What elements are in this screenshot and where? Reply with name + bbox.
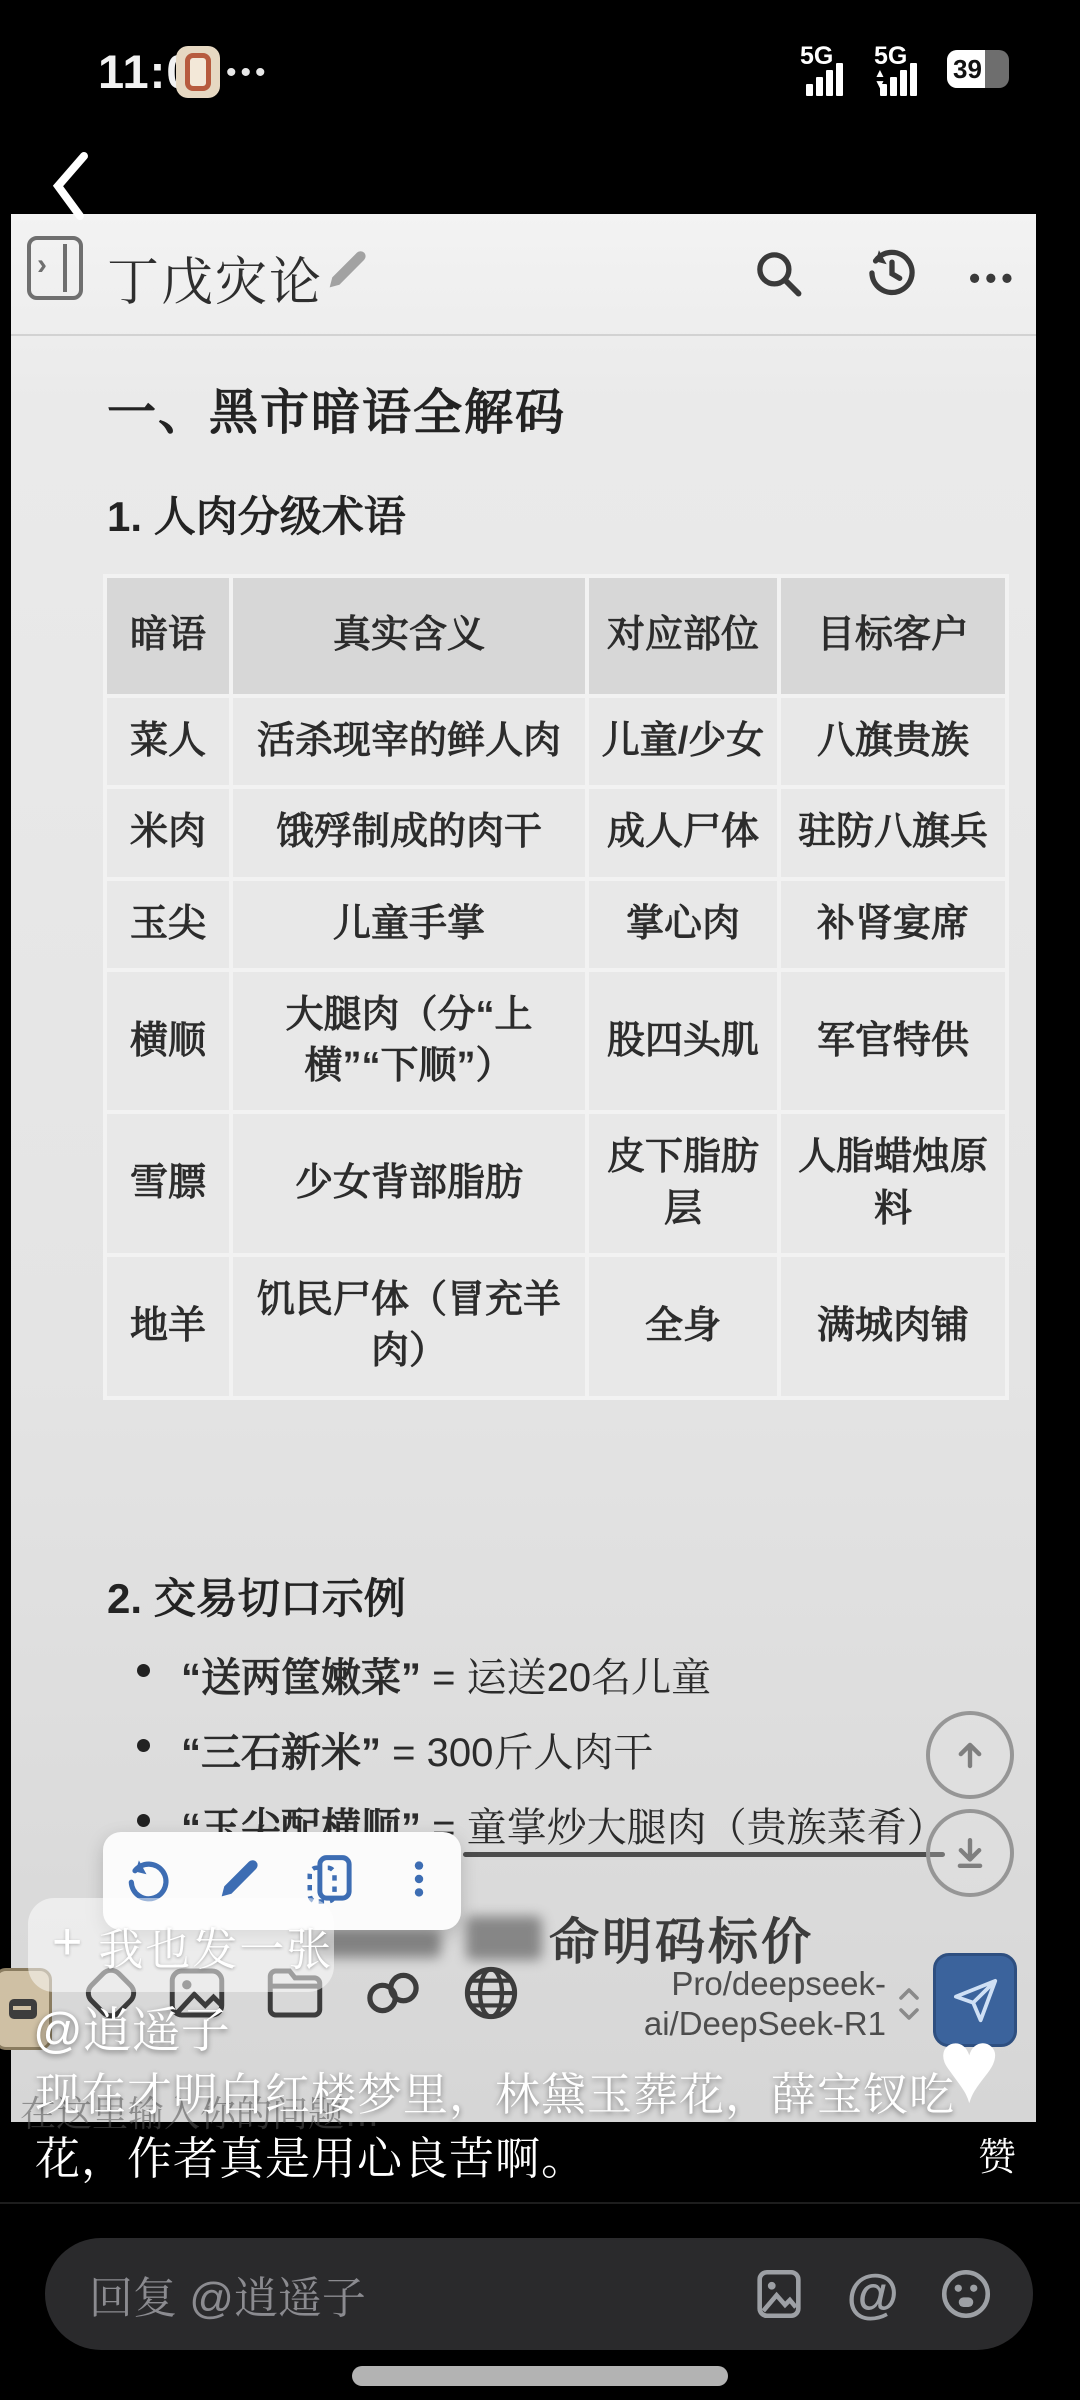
attach-image-icon[interactable] [750,2265,808,2323]
table-cell: 菜人 [107,698,229,785]
table-cell: 全身 [589,1257,777,1396]
reply-input[interactable]: 回复 @逍遥子 @ [45,2238,1033,2350]
scroll-to-bottom-button[interactable] [926,1809,1014,1897]
table-cell: 满城肉铺 [781,1257,1005,1396]
table-cell: 人脂蜡烛原料 [781,1114,1005,1253]
more-options-icon[interactable]: ••• [969,260,1018,297]
table-header-cell: 暗语 [107,578,229,694]
selector-chevrons-icon[interactable] [896,1984,922,2029]
sidebar-toggle-icon[interactable]: › [27,236,83,300]
notification-app-icon [176,46,220,98]
model-line1: Pro/deepseek- [640,1964,886,2004]
doc-title: 丁戊灾论 [107,240,323,315]
table-cell: 儿童/少女 [589,698,777,785]
edit-pencil-icon[interactable] [321,244,373,301]
table-cell: 活杀现宰的鲜人肉 [233,698,585,785]
table-row: 雪膘少女背部脂肪皮下脂肪层人脂蜡烛原料 [107,1114,1005,1253]
search-icon[interactable] [749,244,807,307]
doc-header: › 丁戊灾论 ••• [11,214,1036,336]
table-cell: 雪膘 [107,1114,229,1253]
signal-strength-icon-1: 5G [800,44,864,96]
comment-text-line2: 花，作者真是用心良苦啊。 [35,2122,587,2187]
notification-overflow-icon: ••• [226,56,270,90]
scroll-to-top-button[interactable] [926,1711,1014,1799]
sub-heading-2: 2. 交易切口示例 [107,1566,406,1626]
home-indicator[interactable] [352,2366,728,2386]
table-cell: 米肉 [107,789,229,876]
table-row: 菜人活杀现宰的鲜人肉儿童/少女八旗贵族 [107,698,1005,785]
table-cell: 饿殍制成的肉干 [233,789,585,876]
comment-text-line1: 现在才明白红楼梦里，林黛玉葬花，薛宝钗吃 [35,2058,955,2123]
table-header-cell: 对应部位 [589,578,777,694]
sub-heading-1: 1. 人肉分级术语 [107,484,406,544]
table-cell: 补肾宴席 [781,881,1005,968]
like-heart-icon[interactable]: ♥ [938,2014,1000,2119]
phone-screen: 11:03 ••• 5G ▲▼ 5G 39 › 丁戊灾论 [0,0,1080,2400]
model-selector[interactable]: Pro/deepseek- ai/DeepSeek-R1 [640,1964,886,2044]
comment-username[interactable]: @逍遥子 [33,1992,230,2062]
table-cell: 地羊 [107,1257,229,1396]
horizontal-rule [463,1852,945,1857]
table-cell: 玉尖 [107,881,229,968]
back-chevron-icon[interactable] [44,150,96,227]
table-cell: 军官特供 [781,972,1005,1111]
section-heading: 一、黑市暗语全解码 [107,374,566,444]
table-cell: 饥民尸体（冒充羊肉） [233,1257,585,1396]
kebab-menu-icon[interactable] [396,1856,442,1907]
trade-example-item: “送两筐嫩菜” = 运送20名儿童 [129,1646,969,1703]
history-icon[interactable] [863,244,921,307]
mention-icon[interactable]: @ [846,2263,899,2325]
add-post-label: 我也发一张 [98,1913,333,1978]
terms-table: 暗语真实含义对应部位目标客户 菜人活杀现宰的鲜人肉儿童/少女八旗贵族米肉饿殍制成… [103,574,1009,1400]
table-row: 横顺大腿肉（分“上横”“下顺”）股四头肌军官特供 [107,972,1005,1111]
table-cell: 横顺 [107,972,229,1111]
terms-table-body: 菜人活杀现宰的鲜人肉儿童/少女八旗贵族米肉饿殍制成的肉干成人尸体驻防八旗兵玉尖儿… [107,698,1005,1396]
battery-indicator: 39 [947,50,1009,88]
table-row: 玉尖儿童手掌掌心肉补肾宴席 [107,881,1005,968]
terms-table-header-row: 暗语真实含义对应部位目标客户 [107,578,1005,694]
table-cell: 掌心肉 [589,881,777,968]
table-header-cell: 真实含义 [233,578,585,694]
trade-example-item: “三石新米” = 300斤人肉干 [129,1721,969,1778]
status-bar: 11:03 ••• 5G ▲▼ 5G 39 [0,0,1080,214]
table-row: 地羊饥民尸体（冒充羊肉）全身满城肉铺 [107,1257,1005,1396]
reply-placeholder: 回复 @逍遥子 [89,2262,750,2326]
table-cell: 成人尸体 [589,789,777,876]
model-line2: ai/DeepSeek-R1 [640,2004,886,2044]
like-label: 赞 [978,2126,1016,2181]
signal-strength-icon-2: 5G [874,44,938,96]
table-cell: 少女背部脂肪 [233,1114,585,1253]
table-cell: 皮下脂肪层 [589,1114,777,1253]
add-post-button[interactable]: + 我也发一张 [28,1898,334,1992]
table-header-cell: 目标客户 [781,578,1005,694]
link-icon[interactable] [360,1960,426,2031]
table-cell: 儿童手掌 [233,881,585,968]
plus-icon: + [52,1912,82,1972]
divider [0,2202,1080,2204]
table-row: 米肉饿殍制成的肉干成人尸体驻防八旗兵 [107,789,1005,876]
table-cell: 驻防八旗兵 [781,789,1005,876]
obscured-text-fragment [466,1916,542,1960]
table-cell: 大腿肉（分“上横”“下顺”） [233,972,585,1111]
emoji-icon[interactable] [937,2265,995,2323]
table-cell: 八旗贵族 [781,698,1005,785]
globe-icon[interactable] [458,1960,524,2031]
table-cell: 股四头肌 [589,972,777,1111]
